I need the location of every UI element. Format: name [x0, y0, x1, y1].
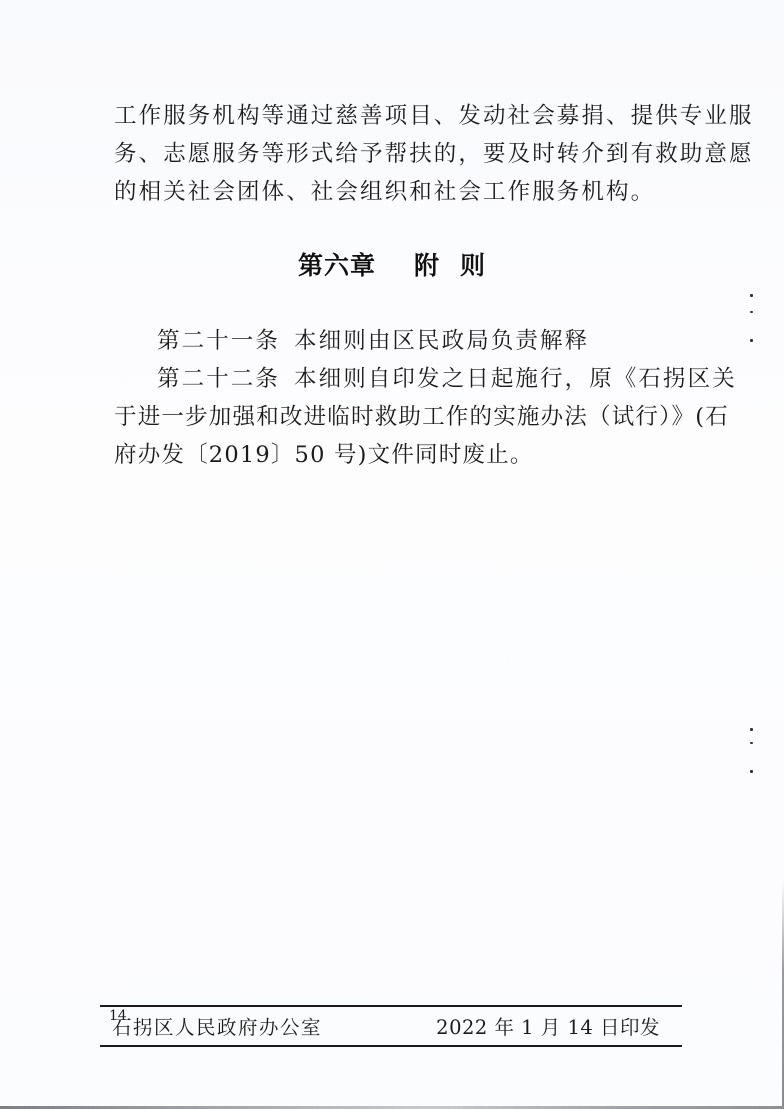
issue-date: 2022 年 1 月 14 日印发 [436, 1012, 660, 1044]
paragraph-line: 务、志愿服务等形式给予帮扶的，要及时转介到有救助意愿 [114, 135, 694, 173]
article-text: 本细则自印发之日起施行，原《石拐区关 [294, 366, 737, 392]
margin-mark [750, 728, 753, 731]
chapter-number: 第六章 [298, 251, 376, 280]
footer-row: 石拐区人民政府办公室 2022 年 1 月 14 日印发 [100, 1012, 682, 1044]
margin-mark [750, 294, 753, 297]
article-text: 本细则由区民政局负责解释 [294, 328, 589, 354]
article-number: 第二十二条 [157, 360, 280, 398]
paragraph-line: 工作服务机构等通过慈善项目、发动社会募捐、提供专业服 [114, 97, 694, 135]
margin-mark [750, 770, 753, 773]
chapter-title-char: 则 [460, 251, 486, 280]
paragraph-line: 府办发〔2019〕50 号)文件同时废止。 [114, 436, 694, 474]
article-number: 第二十一条 [157, 322, 280, 360]
footer-bottom-rule [100, 1045, 682, 1047]
paragraph-line: 于进一步加强和改进临时救助工作的实施办法（试行）》(石 [114, 398, 694, 436]
issuer-name: 石拐区人民政府办公室 [112, 1012, 322, 1044]
chapter-heading: 第六章附则 [0, 247, 784, 285]
margin-mark [750, 311, 753, 313]
paragraph-line: 的相关社会团体、社会组织和社会工作服务机构。 [114, 173, 694, 211]
margin-mark [750, 742, 753, 744]
article-first-line: 第二十二条本细则自印发之日起施行，原《石拐区关 [157, 360, 737, 398]
footer-top-rule [100, 1005, 682, 1007]
chapter-title-char: 附 [414, 251, 440, 280]
article-21: 第二十一条本细则由区民政局负责解释 [157, 322, 737, 360]
document-page: 工作服务机构等通过慈善项目、发动社会募捐、提供专业服 务、志愿服务等形式给予帮扶… [0, 0, 784, 1109]
margin-mark [750, 339, 753, 342]
